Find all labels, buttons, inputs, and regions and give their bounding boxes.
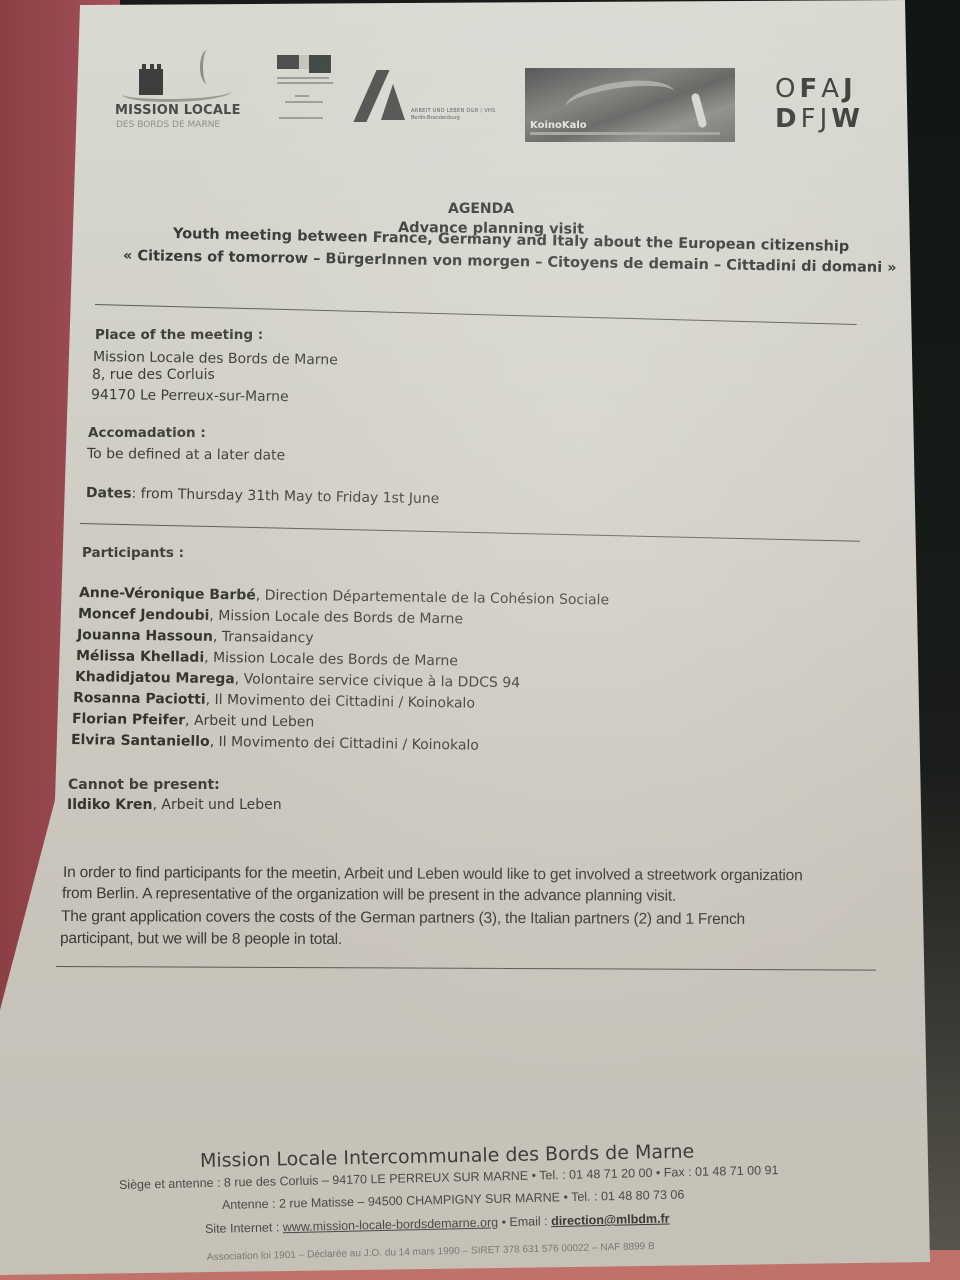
participants-label: Participants : [82, 545, 184, 561]
logo-text-line [277, 77, 329, 79]
government-logo [275, 55, 340, 125]
site-label: Site Internet : [205, 1220, 283, 1236]
logo-name: MISSION LOCALE [115, 103, 241, 118]
participant-name: Elvira Santaniello [71, 732, 210, 750]
participant-name: Moncef Jendoubi [78, 606, 210, 624]
logo-text-line [279, 117, 323, 119]
email-link[interactable]: direction@mlbdm.fr [551, 1211, 670, 1228]
ofaj-dfjw-logo: OFAJ DFJW [775, 74, 864, 134]
note-line: from Berlin. A representative of the org… [62, 885, 676, 906]
logo-text-line [295, 95, 309, 97]
participant-item: Elvira Santaniello, Il Movimento dei Cit… [71, 732, 479, 754]
logo-line1: ARBEIT UND LEBEN DGB / VHS [411, 108, 495, 114]
participant-name: Jouanna Hassoun [77, 627, 213, 645]
participant-name: Anne-Véronique Barbé [79, 585, 256, 603]
participant-org: , Direction Départementale de la Cohésio… [256, 587, 610, 608]
divider [95, 304, 857, 325]
meeting-place-line: Mission Locale des Bords de Marne [93, 349, 338, 368]
figure-icon [691, 93, 708, 129]
meeting-place-line: 94170 Le Perreux-sur-Marne [91, 387, 289, 405]
dates-label: Dates [86, 485, 132, 502]
participant-org: , Transaidancy [213, 629, 314, 646]
accommodation-value: To be defined at a later date [87, 446, 285, 464]
participant-item: Anne-Véronique Barbé, Direction Départem… [79, 585, 609, 608]
participant-item: Rosanna Paciotti, Il Movimento dei Citta… [73, 690, 475, 712]
participant-org: , Il Movimento dei Cittadini / Koinokalo [210, 734, 480, 754]
participant-item: Mélissa Khelladi, Mission Locale des Bor… [76, 648, 458, 669]
participant-org: , Arbeit und Leben [185, 713, 314, 731]
participant-org: , Mission Locale des Bords de Marne [209, 608, 463, 628]
agenda-heading: AGENDA [448, 201, 514, 217]
note-line: In order to find participants for the me… [63, 864, 803, 885]
participant-item: Jouanna Hassoun, Transaidancy [77, 627, 314, 646]
divider [56, 966, 876, 971]
footer-address-branch: Antenne : 2 rue Matisse – 94500 CHAMPIGN… [222, 1188, 685, 1212]
note-line: participant, but we will be 8 people in … [60, 930, 342, 949]
participant-name: Mélissa Khelladi [76, 648, 204, 666]
bird-photo-banner [563, 75, 677, 126]
document-page: MISSION LOCALE DES BORDS DE MARNE ARBEIT… [0, 0, 960, 1280]
logo-subtitle: DES BORDS DE MARNE [116, 120, 220, 130]
dates-value: : from Thursday 31th May to Friday 1st J… [131, 486, 439, 507]
participant-org: , Il Movimento dei Cittadini / Koinokalo [206, 692, 476, 712]
accommodation-label: Accomadation : [88, 425, 206, 441]
french-republic-flag-icon [277, 55, 299, 69]
website-link[interactable]: www.mission-locale-bordsdemarne.org [283, 1215, 499, 1234]
meeting-place-label: Place of the meeting : [95, 327, 263, 343]
logo-text-line [285, 101, 323, 103]
mission-locale-logo: MISSION LOCALE DES BORDS DE MARNE [112, 45, 242, 140]
logo-text-line [277, 82, 333, 84]
ofaj-line: OFAJ [775, 74, 864, 104]
footer-legal: Association loi 1901 – Déclarée au J.O. … [207, 1241, 655, 1263]
absent-label: Cannot be present: [68, 777, 220, 793]
participant-org: , Mission Locale des Bords de Marne [204, 650, 458, 670]
participant-item: Moncef Jendoubi, Mission Locale des Bord… [78, 606, 463, 627]
participant-name: Florian Pfeifer [72, 711, 185, 729]
participant-name: Khadidjatou Marega [75, 669, 235, 687]
absent-org: , Arbeit und Leben [152, 797, 281, 813]
footer-contact: Site Internet : www.mission-locale-bords… [205, 1211, 670, 1236]
logo-subtitle-bar [530, 132, 720, 135]
absent-name: Ildiko Kren [67, 797, 152, 813]
absent-item: Ildiko Kren, Arbeit und Leben [67, 797, 282, 813]
dates-line: Dates: from Thursday 31th May to Friday … [86, 485, 440, 507]
participant-item: Khadidjatou Marega, Volontaire service c… [75, 669, 520, 691]
logo-line2: Berlin-Brandenburg [411, 115, 460, 121]
dfjw-line: DFJW [775, 104, 864, 134]
castle-tower-icon [139, 69, 163, 95]
flag-right [309, 55, 331, 73]
participant-name: Rosanna Paciotti [73, 690, 206, 708]
participant-org: , Volontaire service civique à la DDCS 9… [235, 671, 521, 691]
meeting-place-line: 8, rue des Corluis [92, 367, 215, 383]
note-line: The grant application covers the costs o… [61, 908, 745, 929]
logo-triangle [381, 84, 405, 120]
divider [80, 523, 860, 542]
koinokalo-logo: KoinoKalo [525, 68, 735, 142]
participant-item: Florian Pfeifer, Arbeit und Leben [72, 711, 314, 730]
flag-middle [299, 55, 309, 69]
logo-name: KoinoKalo [530, 120, 587, 131]
email-label: • Email : [498, 1214, 551, 1229]
sprout-icon [200, 50, 215, 84]
arbeit-und-leben-logo: ARBEIT UND LEBEN DGB / VHS Berlin-Brande… [355, 70, 515, 125]
